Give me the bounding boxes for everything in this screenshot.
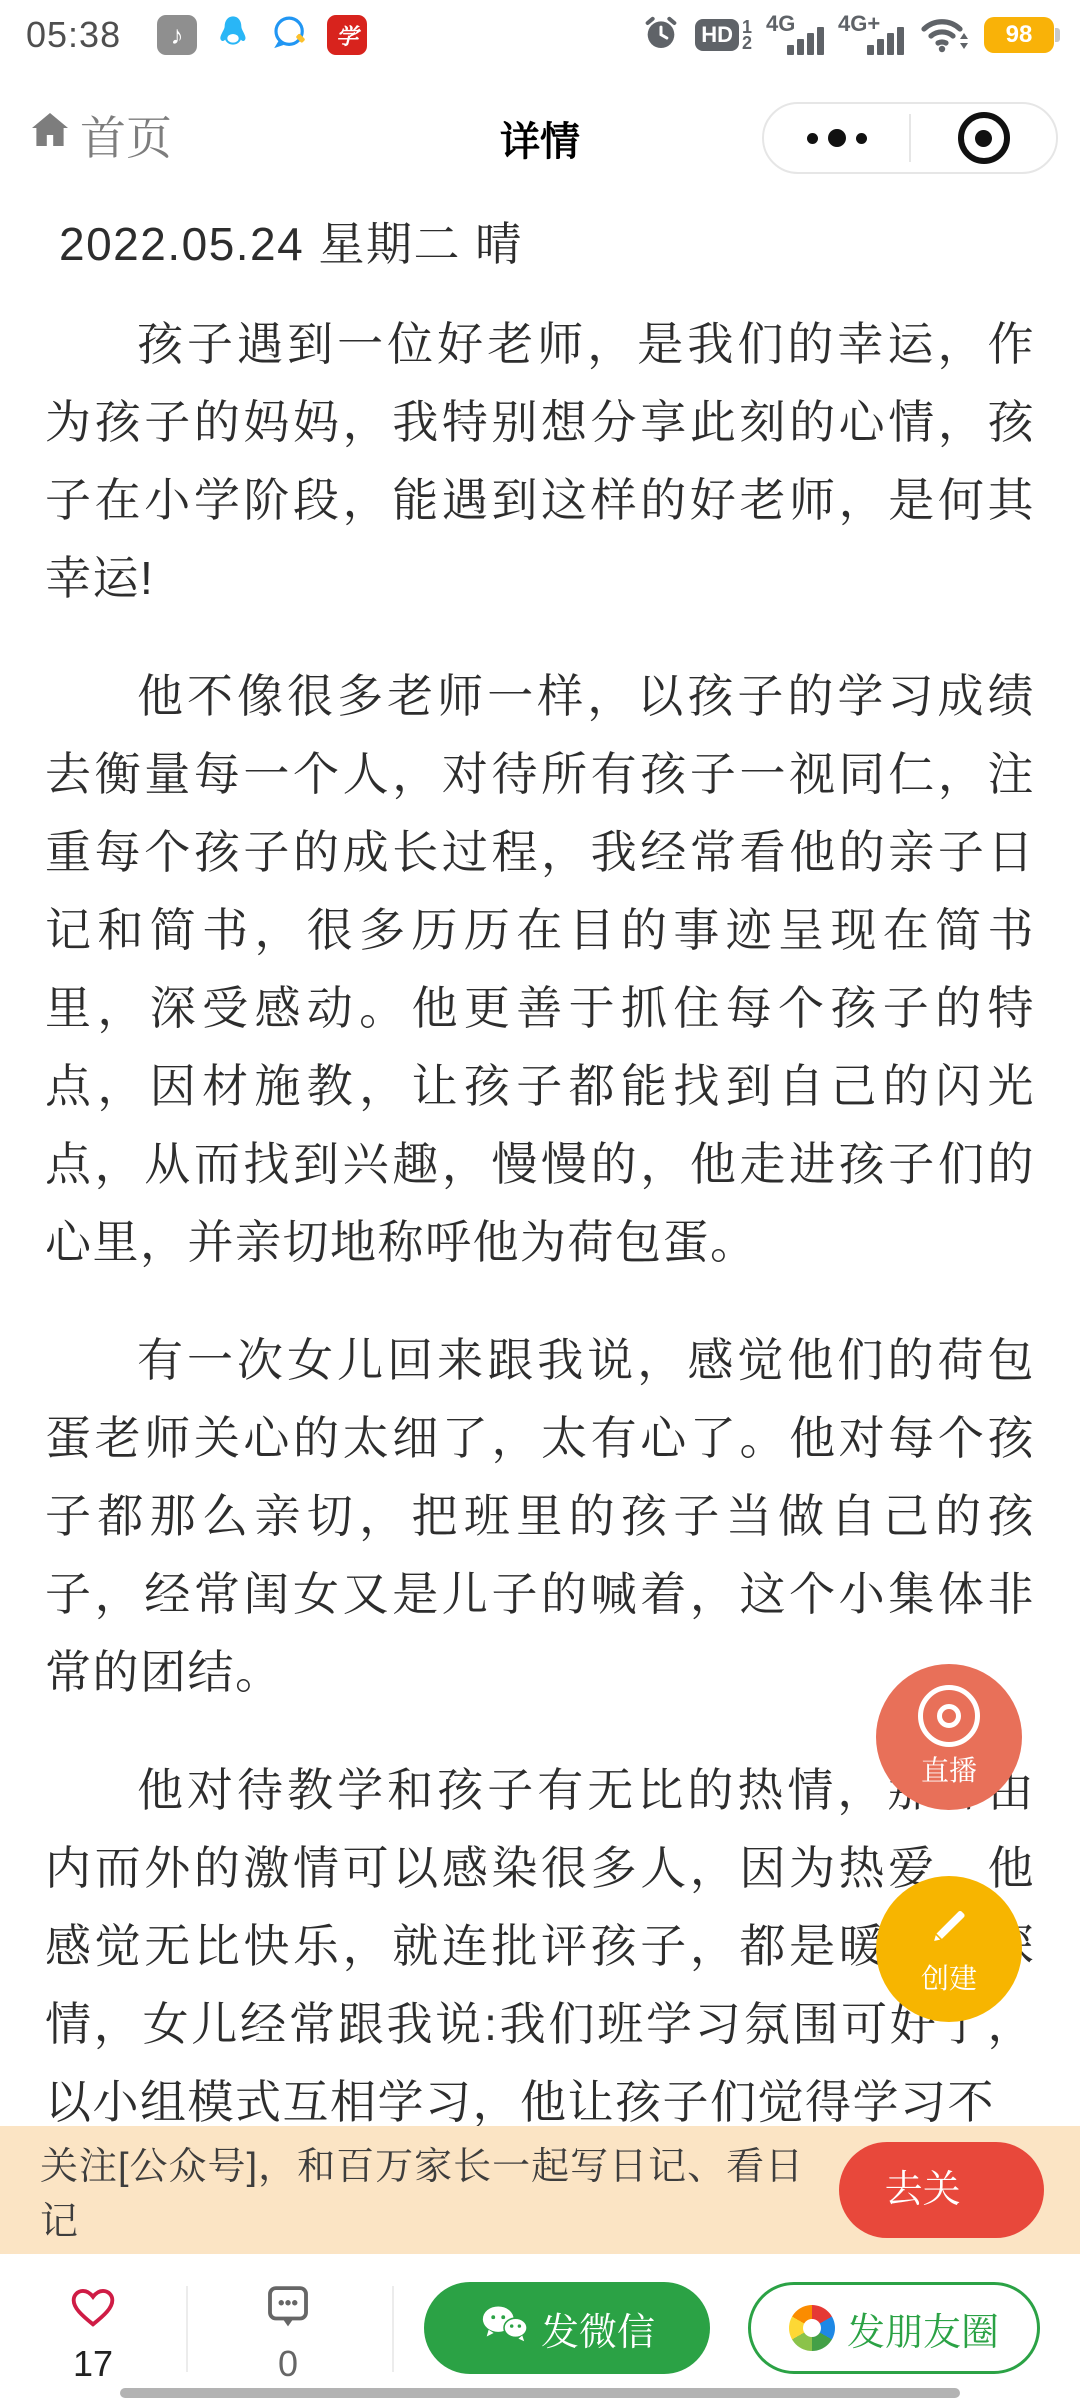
miniprogram-capsule [762,102,1058,174]
sim2-signal-icon: 4G+ [838,13,904,57]
target-circle-icon [958,112,1010,164]
wechat-icon [479,2301,529,2355]
more-dots-icon [807,129,867,147]
wifi-icon [918,13,970,58]
paragraph: 他不像很多老师一样，以孩子的学习成绩去衡量每一个人，对待所有孩子一视同仁，注重每… [45,657,1035,1281]
live-broadcast-icon [918,1685,980,1747]
status-left-cluster: 05:38 ♪ 学 [26,12,367,59]
follow-banner-text: 关注[公众号]，和百万家长一起写日记、看日记 [40,2135,839,2245]
heart-icon [65,2280,121,2335]
study-app-icon: 学 [327,15,367,55]
nav-bar: 首页 详情 [0,88,1080,192]
volte-hd-icon: HD 1 2 [695,19,752,51]
like-count: 17 [73,2343,113,2385]
scroll-indicator-bar [120,2388,960,2398]
toolbar-divider [392,2286,394,2372]
pencil-icon [925,1902,973,1955]
chat-bubble-pencil-icon [269,12,311,59]
close-miniprogram-button[interactable] [911,104,1056,172]
share-moments-label: 发朋友圈 [847,2301,999,2356]
battery-percent: 98 [1006,21,1033,49]
bottom-toolbar: 17 0 发微信 发朋友圈 [0,2254,1080,2400]
live-fab-button[interactable]: 直播 [876,1664,1022,1810]
send-wechat-label: 发微信 [541,2301,655,2356]
comment-button[interactable]: 0 [188,2280,388,2385]
article-body: 2022.05.24 星期二 晴 孩子遇到一位好老师，是我们的幸运，作为孩子的妈… [45,205,1035,2181]
battery-icon: 98 [984,17,1054,53]
status-right-cluster: HD 1 2 4G 4G+ 98 [641,13,1054,58]
follow-button[interactable]: 去关注 [839,2142,1044,2238]
sim1-signal-icon: 4G [766,13,824,57]
music-app-icon: ♪ [157,15,197,55]
more-button[interactable] [764,104,909,172]
comment-count: 0 [278,2343,298,2385]
clock-time: 05:38 [26,14,121,56]
moments-pinwheel-icon [789,2305,835,2351]
create-fab-label: 创建 [921,1957,977,1997]
screen: 05:38 ♪ 学 HD 1 2 4G [0,0,1080,2400]
diary-date: 2022.05.24 星期二 晴 [45,205,1035,283]
paragraph: 孩子遇到一位好老师，是我们的幸运，作为孩子的妈妈，我特别想分享此刻的心情，孩子在… [45,305,1035,617]
follow-banner: 关注[公众号]，和百万家长一起写日记、看日记 去关注 [0,2126,1080,2254]
like-button[interactable]: 17 [0,2280,186,2385]
comment-icon [261,2280,315,2335]
alarm-clock-icon [641,13,681,58]
live-fab-label: 直播 [921,1749,977,1789]
hd-sim2: 2 [742,35,752,51]
status-bar: 05:38 ♪ 学 HD 1 2 4G [0,0,1080,64]
share-moments-button[interactable]: 发朋友圈 [748,2282,1040,2374]
qq-penguin-icon [213,13,253,58]
send-wechat-button[interactable]: 发微信 [424,2282,710,2374]
paragraph: 有一次女儿回来跟我说，感觉他们的荷包蛋老师关心的太细了，太有心了。他对每个孩子都… [45,1321,1035,1711]
create-fab-button[interactable]: 创建 [876,1876,1022,2022]
